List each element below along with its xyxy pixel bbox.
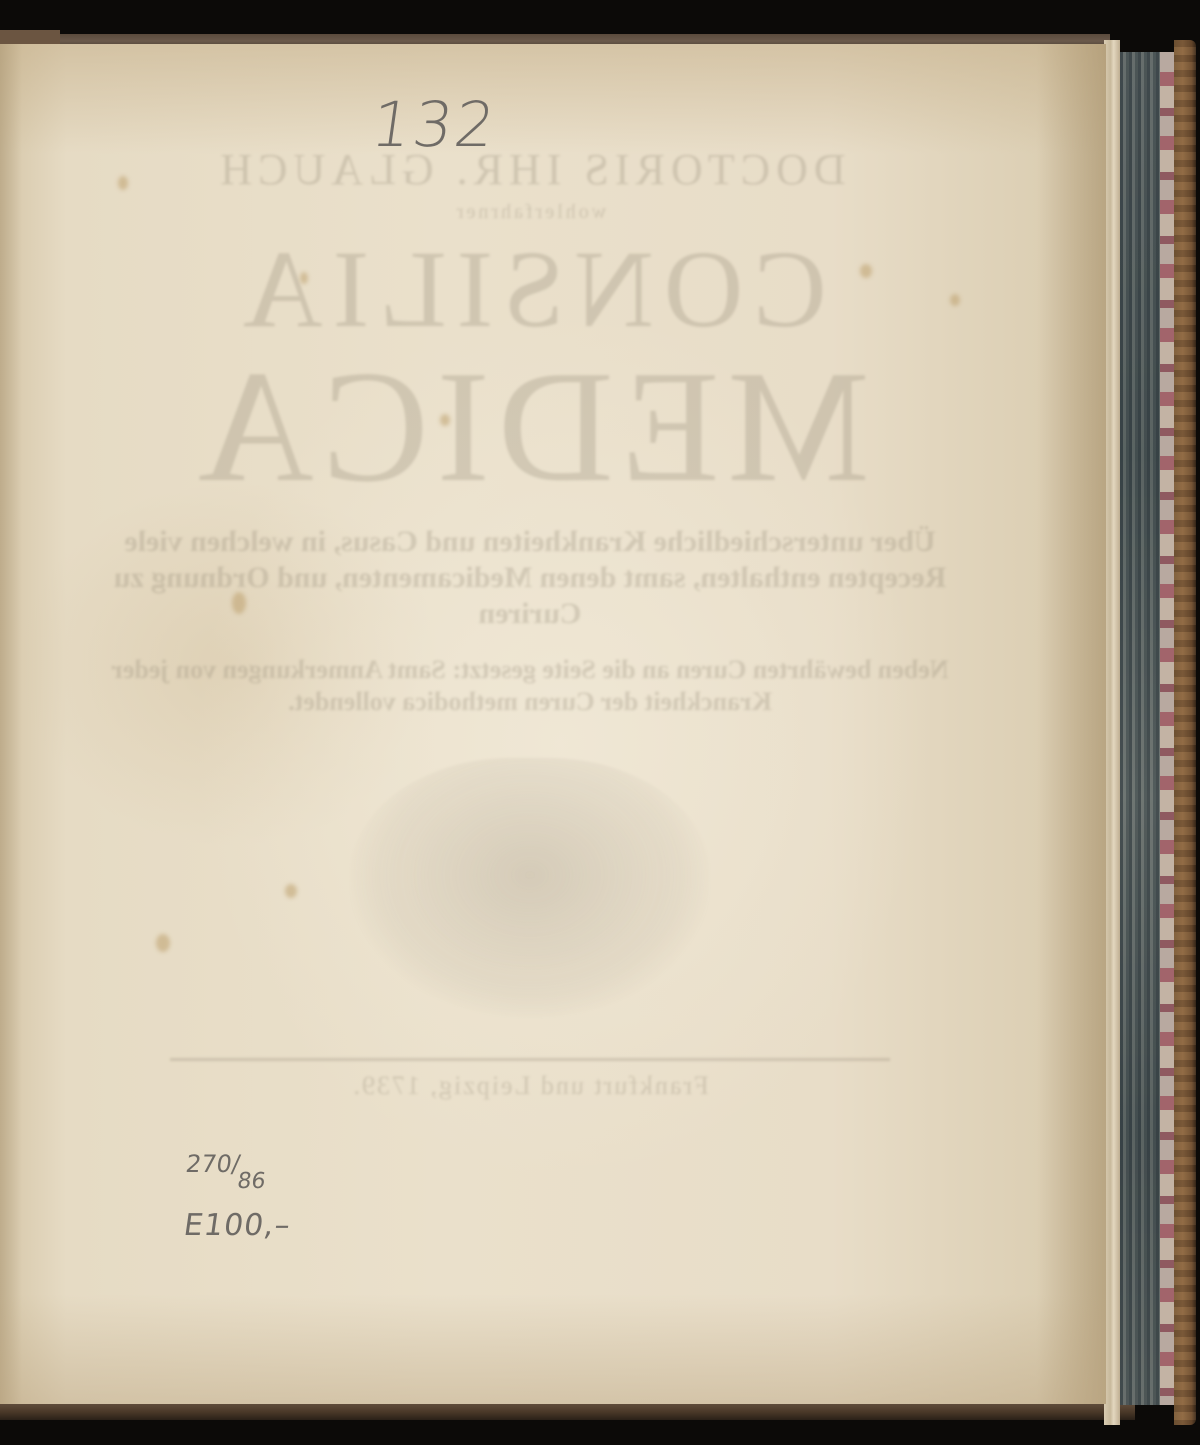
foxing-spot: [860, 264, 872, 278]
accession-numerator: 270: [184, 1150, 234, 1178]
bleed-title-medica: MEDICA: [80, 346, 980, 506]
marbled-edge: [1120, 52, 1160, 1405]
pencil-shelfmark: 132: [367, 88, 502, 161]
bleed-author-line: DOCTORIS IHR. GLAUCH: [80, 144, 980, 195]
bleed-body-text: Über unterschiedliche Krankheiten und Ca…: [80, 524, 980, 632]
accession-denominator: 86: [236, 1169, 268, 1194]
bleed-description-text: Neben bewährten Curen an die Seite geset…: [80, 654, 980, 718]
foxing-spot: [118, 176, 128, 190]
foxing-spot: [440, 414, 450, 426]
pencil-price: E100,–: [182, 1208, 294, 1243]
foxing-spot: [232, 592, 246, 614]
bleed-imprint: Frankfurt und Leipzig, 1739.: [80, 1071, 980, 1101]
bleed-rule: [170, 1058, 890, 1061]
foxing-spot: [285, 884, 297, 898]
book-page: DOCTORIS IHR. GLAUCH wohlerfahrner CONSI…: [0, 44, 1106, 1404]
foxing-spot: [950, 294, 960, 306]
fore-edge-stain: [1036, 44, 1106, 1404]
bleed-title-consilia: CONSILIA: [80, 234, 980, 344]
foxing-spot: [300, 272, 308, 284]
pencil-accession-number: 270/86: [184, 1150, 270, 1178]
sprinkled-red-edge: [1160, 52, 1174, 1405]
bleed-through-title-page: DOCTORIS IHR. GLAUCH wohlerfahrner CONSI…: [80, 104, 980, 1284]
printer-ornament-icon: [350, 758, 710, 1018]
leather-cover-edge: [1174, 40, 1196, 1425]
gutter-shadow: [0, 44, 22, 1404]
book-fore-edge-binding: [1104, 40, 1200, 1425]
foxing-spot: [156, 934, 170, 952]
page-block-edge: [1104, 40, 1120, 1425]
bleed-subtitle-line: wohlerfahrner: [80, 201, 980, 224]
